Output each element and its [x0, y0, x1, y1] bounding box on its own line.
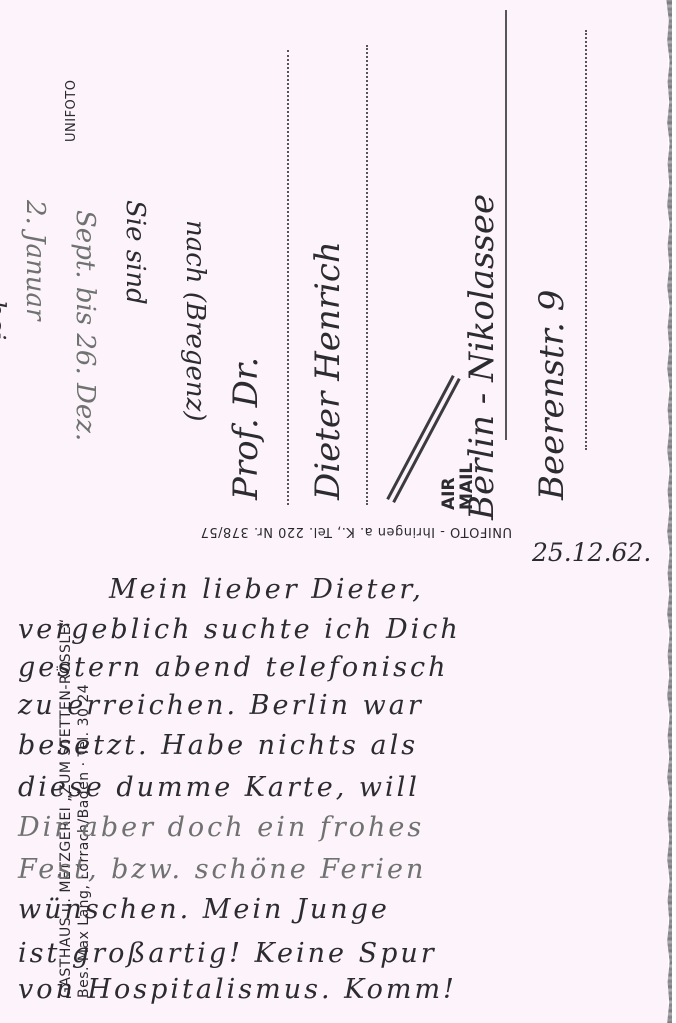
sender-note-line: bei [0, 300, 10, 340]
postcard-back: UNIFOTO Prof. Dr. Dieter Henrich Berlin … [0, 0, 668, 1023]
message-line: Dir aber doch ein frohes [18, 812, 424, 843]
airmail-word-air: AIR [440, 463, 458, 510]
message-line: von Hospitalismus. Komm! [18, 974, 457, 1005]
address-underline-city [505, 10, 507, 440]
address-line-1 [287, 50, 289, 505]
message-line: wünschen. Mein Junge [18, 894, 390, 925]
message-line: Mein lieber Dieter, [109, 574, 424, 605]
message-line: zu erreichen. Berlin war [18, 690, 424, 721]
deckled-edge [664, 0, 672, 1023]
address-line-title: Prof. Dr. [226, 357, 266, 500]
sender-note-line: Sept. bis 26. Dez. [70, 210, 100, 441]
message-line: ist großartig! Keine Spur [18, 938, 437, 969]
message-line: diese dumme Karte, will [18, 772, 420, 803]
airmail-mark: AIR MAIL [440, 463, 476, 510]
address-line-name: Dieter Henrich [308, 241, 348, 500]
message-line: Fest, bzw. schöne Ferien [18, 854, 426, 885]
message-line: gestern abend telefonisch [18, 652, 449, 683]
sender-note-line: Sie sind [120, 200, 150, 305]
sender-note-line: nach (Bregenz) [180, 220, 210, 422]
address-line-street: Beerenstr. 9 [532, 290, 572, 500]
message-line: besetzt. Habe nichts als [18, 730, 418, 761]
brand-imprint: UNIFOTO [64, 80, 79, 142]
sender-note-line: 2. Januar [20, 200, 50, 320]
publisher-imprint: UNIFOTO - Ihringen a. K., Tel. 220 Nr. 3… [160, 524, 552, 539]
airmail-word-mail: MAIL [458, 463, 476, 510]
address-line-2 [366, 45, 368, 505]
message-date: 25.12.62. [532, 538, 651, 567]
address-line-4 [585, 30, 587, 450]
message-line: vergeblich suchte ich Dich [18, 614, 461, 645]
